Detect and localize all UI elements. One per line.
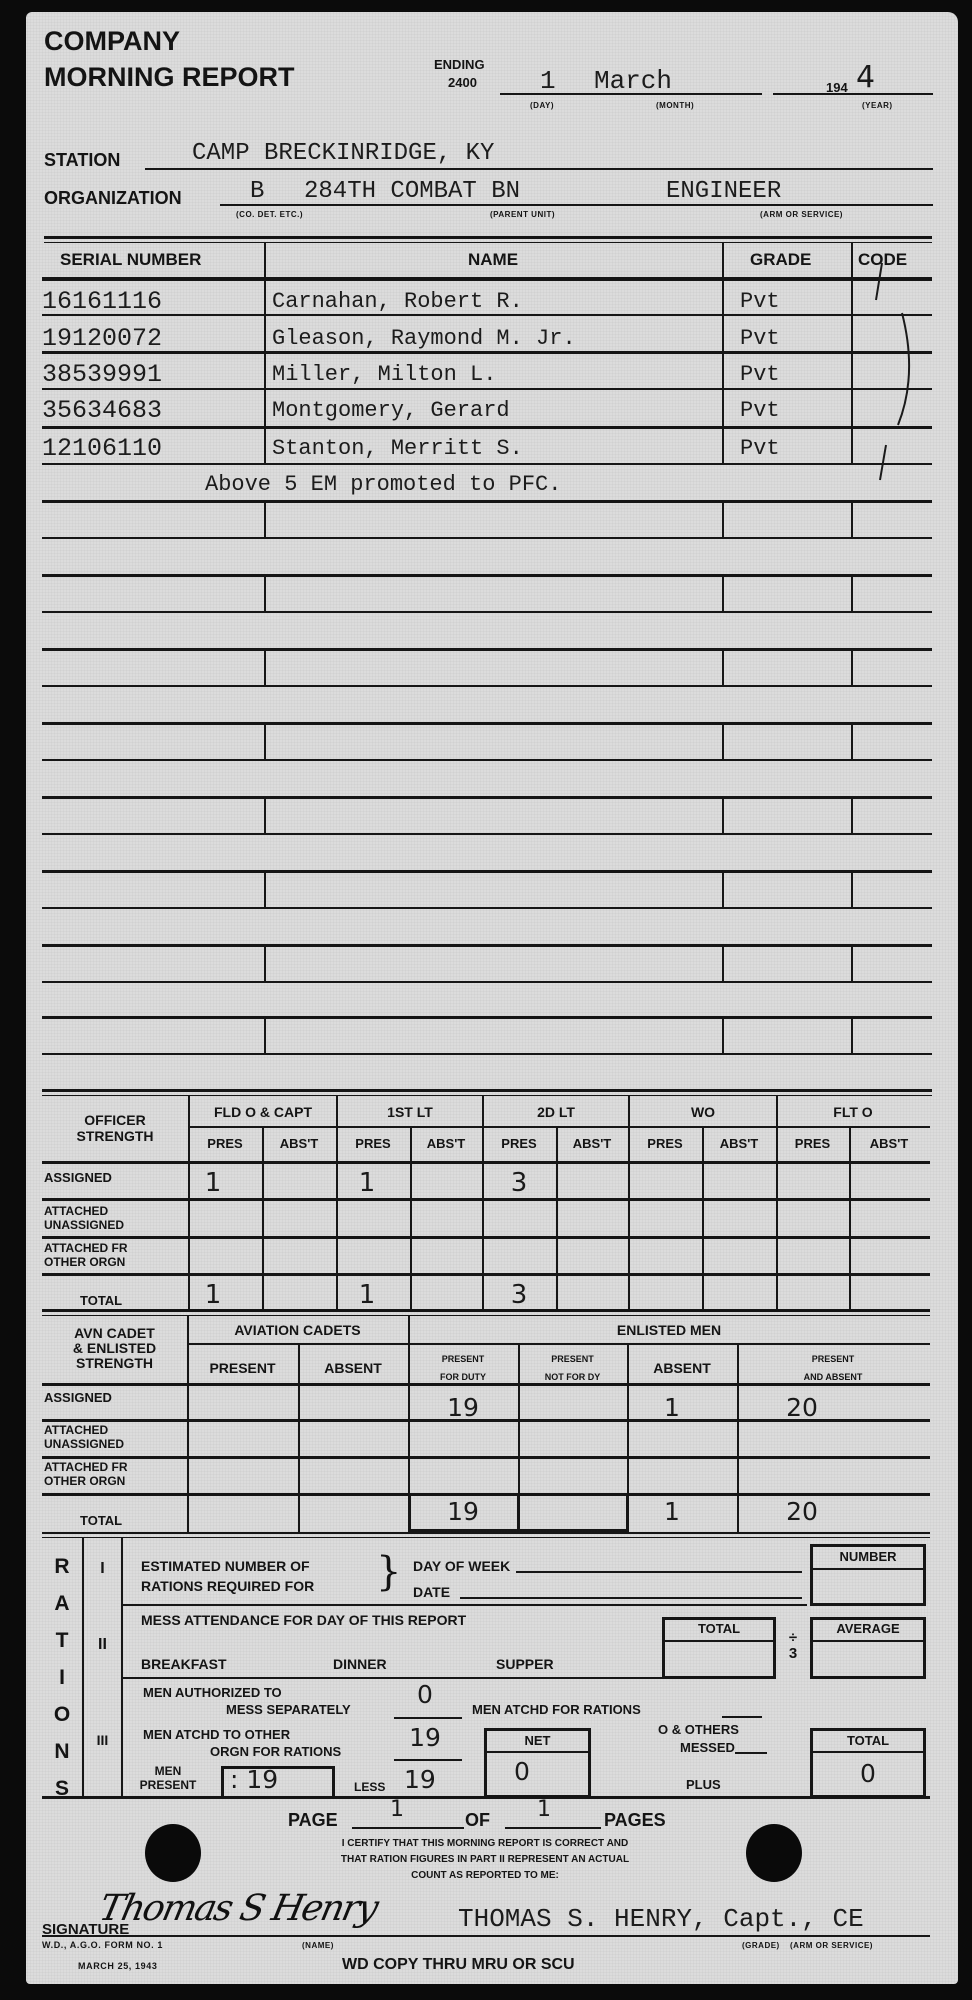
label-line: PRESENT [518,1350,627,1368]
row-rule [42,1198,930,1201]
divider [849,1276,851,1310]
officer-cell[interactable]: 1 [336,1280,398,1310]
sub-pres: PRES [482,1136,556,1151]
divider [264,577,266,612]
letter: R [42,1548,82,1585]
label-line: RATIONS REQUIRED FOR [141,1576,314,1596]
letter: S [42,1770,82,1807]
org-company[interactable]: B [250,178,264,205]
page-value[interactable]: 1 [390,1797,404,1822]
day-caption: (DAY) [530,101,554,110]
grade-cell[interactable]: Pvt [740,398,780,423]
divide-by-three: ÷ 3 [778,1630,808,1662]
divider-grade-code [851,243,853,465]
em-total-present-for-duty[interactable]: 19 [408,1497,518,1526]
grade-cell[interactable]: Pvt [740,436,780,461]
group-wo: WO [630,1104,776,1120]
grade-cell[interactable]: Pvt [740,362,780,387]
col-name: NAME [468,250,518,270]
row-rule [42,759,932,761]
row-rule [42,1089,932,1092]
number-label: NUMBER [810,1549,926,1564]
wd-copy-note: WD COPY THRU MRU OR SCU [342,1956,575,1974]
em-present-for-duty[interactable]: 19 [408,1393,518,1422]
sub-abs: ABS'T [849,1136,929,1151]
row-label-total: TOTAL [80,1513,122,1528]
sub-pres: PRES [776,1136,849,1151]
divider [722,947,724,982]
row-rule [42,611,932,613]
name-caption: (NAME) [302,1941,334,1950]
row-rule [42,648,932,651]
certification-text: I CERTIFY THAT THIS MORNING REPORT IS CO… [250,1836,720,1884]
date-field[interactable] [460,1597,802,1599]
ending-time-label: 2400 [448,76,477,90]
divider [722,799,724,834]
group-flt-o: FLT O [778,1104,928,1120]
certify-line: THAT RATION FIGURES IN PART II REPRESENT… [250,1852,720,1868]
group-aviation-cadets: AVIATION CADETS [187,1322,408,1338]
row-rule [812,1568,924,1570]
title-line: AVN CADET [42,1326,187,1341]
row-rule [42,1532,930,1534]
less-value[interactable]: 19 [404,1765,436,1794]
page-underline [352,1827,464,1829]
pages-underline [505,1827,601,1829]
messed-label: MESSED [680,1740,735,1755]
sub-abs: ABS'T [556,1136,628,1151]
label-line: MEN [120,1764,216,1778]
divider [702,1276,704,1310]
day-of-week-label: DAY OF WEEK [413,1558,510,1574]
part-ii-label: II [84,1636,121,1654]
pages-label: PAGES [604,1810,666,1831]
label-line: ESTIMATED NUMBER OF [141,1556,314,1576]
officer-cell[interactable]: 1 [188,1168,238,1198]
row-rule [812,1751,924,1753]
signature-line [42,1935,930,1937]
row-label-attached-unassigned: ATTACHED UNASSIGNED [44,1204,124,1232]
report-year-digit[interactable]: 4 [856,60,875,95]
org-caption-co: (CO. DET. ETC.) [236,210,303,219]
organization-underline [220,204,933,206]
row-rule [42,1419,930,1422]
row-rule [42,426,932,429]
divider [264,503,266,538]
form-number: W.D., A.G.O. FORM NO. 1 [42,1940,163,1950]
row-label-assigned: ASSIGNED [44,1390,112,1405]
label-line: ATTACHED [44,1423,124,1437]
divider [776,1096,778,1278]
binder-hole-left [145,1824,201,1882]
divider [722,503,724,538]
report-day[interactable]: 1 [540,66,556,96]
group-2d-lt: 2D LT [484,1104,628,1120]
row-rule [42,1315,930,1316]
dinner-label: DINNER [333,1656,387,1672]
binder-hole-right [746,1824,802,1882]
sub-pres: PRES [628,1136,702,1151]
men-authorized-label: MEN AUTHORIZED TO [143,1685,282,1700]
name-cell[interactable]: Montgomery, Gerard [272,398,510,423]
code-marks-icon [860,255,930,485]
org-caption-parent: (PARENT UNIT) [490,210,555,219]
mess-attendance-title: MESS ATTENDANCE FOR DAY OF THIS REPORT [141,1612,466,1628]
row-rule [42,796,932,799]
row-rule [42,1161,930,1164]
grade-cell[interactable]: Pvt [740,289,780,314]
divider [851,947,853,982]
divider [264,1019,266,1054]
label-line: PRESENT [737,1350,929,1368]
roster-header-rule [42,277,932,281]
roster-remark[interactable]: Above 5 EM promoted to PFC. [205,472,561,497]
title-line: & ENLISTED [42,1341,187,1356]
letter: A [42,1585,82,1622]
em-present-and-absent[interactable]: 20 [737,1393,867,1422]
row-rule [486,1751,589,1753]
group-fld-o-capt: FLD O & CAPT [190,1104,336,1120]
part-iii-label: III [84,1732,121,1748]
row-rule [42,537,932,539]
others-messed-field[interactable] [735,1752,767,1754]
brace-icon: } [376,1550,401,1594]
group-enlisted-men: ENLISTED MEN [408,1322,930,1338]
men-atchd-for-rations-label: MEN ATCHD FOR RATIONS [472,1702,641,1717]
org-parent-unit[interactable]: 284TH COMBAT BN [304,178,520,205]
men-atchd-for-rations-field[interactable] [722,1716,762,1718]
name-cell[interactable]: Miller, Milton L. [272,362,496,387]
divider [722,1019,724,1054]
em-total-present-and-absent[interactable]: 20 [737,1497,867,1526]
o-and-others-label: O & OTHERS [658,1722,739,1737]
col-em-absent: ABSENT [627,1360,737,1376]
row-label-attached-fr-other: ATTACHED FR OTHER ORGN [44,1460,128,1488]
row-rule [42,1016,932,1019]
row-rule [664,1640,774,1642]
col-present-for-duty: PRESENT FOR DUTY [408,1350,518,1386]
row-rule [42,1053,932,1055]
year-underline [773,93,933,95]
row-rule [187,1343,930,1345]
average-label: AVERAGE [810,1621,926,1636]
name-cell[interactable]: Stanton, Merritt S. [272,436,523,461]
divider [410,1276,412,1310]
officer-cell[interactable]: 1 [188,1280,238,1310]
col-cadet-absent: ABSENT [298,1360,408,1376]
row-label-total: TOTAL [80,1293,122,1308]
row-rule [42,574,932,577]
officer-cell[interactable]: 1 [336,1168,398,1198]
divider [628,1096,630,1278]
label-line: OTHER ORGN [44,1255,128,1269]
divider [264,725,266,760]
row-rule [121,1604,807,1606]
of-label: OF [465,1810,490,1831]
serial-cell[interactable]: 38539991 [42,360,162,389]
supper-label: SUPPER [496,1656,554,1672]
serial-cell[interactable]: 19120072 [42,324,162,353]
row-rule [42,981,932,983]
sub-pres: PRES [188,1136,262,1151]
ending-label: ENDING [434,58,485,72]
mess-total-label: TOTAL [662,1621,776,1636]
sub-abs: ABS'T [262,1136,336,1151]
row-rule [42,314,932,316]
men-atchd-other-label: MEN ATCHD TO OTHER [143,1727,290,1742]
sub-abs: ABS'T [702,1136,776,1151]
men-present-number: 19 [246,1765,278,1794]
row-label-attached-unassigned: ATTACHED UNASSIGNED [44,1423,124,1451]
plus-label: PLUS [686,1777,721,1792]
col-present-not-for-duty: PRESENT NOT FOR DY [518,1350,627,1386]
station-label: STATION [44,150,120,171]
title-line: STRENGTH [42,1356,187,1371]
men-present-value[interactable]: : 19 [230,1765,278,1794]
form-title-line1: COMPANY [44,26,180,57]
less-label: LESS [354,1780,385,1794]
row-label-assigned: ASSIGNED [44,1170,112,1185]
station-value[interactable]: CAMP BRECKINRIDGE, KY [192,140,494,167]
rations-total-value[interactable]: 0 [810,1759,926,1788]
row-rule [42,1236,930,1239]
divider-serial-name [264,243,266,465]
divider [851,577,853,612]
form-title-line2: MORNING REPORT [44,62,295,93]
row-rule [42,870,932,873]
row-rule [42,685,932,687]
divider [851,651,853,686]
label-line: PRESENT [120,1778,216,1792]
row-rule [121,1677,662,1679]
group-1st-lt: 1ST LT [338,1104,482,1120]
divider [264,799,266,834]
grade-cell[interactable]: Pvt [740,326,780,351]
arm-caption: (ARM OR SERVICE) [790,1941,873,1950]
label-line: UNASSIGNED [44,1218,124,1232]
divider [264,947,266,982]
report-month[interactable]: March [594,66,672,96]
station-underline [145,168,933,170]
row-rule [42,1095,932,1096]
part-i-description: ESTIMATED NUMBER OF RATIONS REQUIRED FOR [141,1556,314,1596]
pages-value[interactable]: 1 [537,1797,551,1822]
month-caption: (MONTH) [656,101,694,110]
row-rule [42,1383,930,1386]
letter: I [42,1659,82,1696]
divider [722,577,724,612]
row-rule [42,1309,930,1312]
officer-title-line1: OFFICER [42,1112,188,1128]
row-rule [42,944,932,947]
org-caption-arm: (ARM OR SERVICE) [760,210,843,219]
orgn-for-rations-label: ORGN FOR RATIONS [210,1744,341,1759]
men-authorized-value[interactable]: 0 [395,1680,455,1709]
row-rule [42,722,932,725]
row-rule [42,1273,930,1276]
officer-title-line2: STRENGTH [42,1128,188,1144]
row-rule [42,907,932,909]
divider [851,873,853,908]
divider [187,1316,189,1532]
enlisted-strength-title: AVN CADET & ENLISTED STRENGTH [42,1326,187,1371]
typed-name[interactable]: THOMAS S. HENRY, Capt., CE [458,1904,864,1934]
label-line: PRESENT [408,1350,518,1368]
row-rule [42,833,932,835]
page-label: PAGE [288,1810,338,1831]
divider [851,503,853,538]
label-line: UNASSIGNED [44,1437,124,1451]
letter: T [42,1622,82,1659]
serial-cell[interactable]: 16161116 [42,287,162,316]
rations-bottom-rule [42,1796,930,1799]
divider [851,799,853,834]
sub-pres: PRES [336,1136,410,1151]
divide-icon: ÷ [778,1630,808,1646]
divider [722,725,724,760]
row-rule [42,1456,930,1459]
divider [851,1019,853,1054]
col-serial-number: SERIAL NUMBER [60,250,201,270]
roster-top-rule-thin [44,242,932,243]
roster-top-rule [44,236,932,239]
divisor: 3 [778,1646,808,1662]
serial-cell[interactable]: 35634683 [42,396,162,425]
col-grade: GRADE [750,250,811,270]
name-cell[interactable]: Gleason, Raymond M. Jr. [272,326,576,351]
mess-separately-label: MESS SEPARATELY [226,1702,351,1717]
divider [264,873,266,908]
signature-handwritten[interactable]: Thomas S Henry [96,1888,381,1929]
divider [121,1538,123,1796]
certify-line: I CERTIFY THAT THIS MORNING REPORT IS CO… [250,1836,720,1852]
divider [722,873,724,908]
net-value[interactable]: 0 [514,1757,530,1786]
label-line: ATTACHED [44,1204,124,1218]
day-of-week-field[interactable] [516,1571,802,1573]
sub-abs: ABS'T [410,1136,482,1151]
officer-cell[interactable]: 3 [482,1168,556,1198]
part-i-label: I [84,1560,121,1578]
rations-total-label: TOTAL [810,1733,926,1748]
row-rule [42,463,932,465]
grade-caption: (GRADE) [742,1941,780,1950]
net-label: NET [484,1733,591,1748]
breakfast-label: BREAKFAST [141,1656,227,1672]
serial-cell[interactable]: 12106110 [42,434,162,463]
field-underline [394,1717,462,1719]
field-underline [394,1759,462,1761]
men-present-colon: : [230,1765,246,1794]
divider [556,1276,558,1310]
date-underline [500,93,762,95]
divider [264,651,266,686]
divider [851,725,853,760]
label-line: ATTACHED FR [44,1241,128,1255]
year-caption: (YEAR) [862,101,893,110]
date-label: DATE [413,1584,450,1600]
divider [776,1276,778,1310]
label-line: ATTACHED FR [44,1460,128,1474]
row-rule [812,1640,924,1642]
rations-side-label: R A T I O N S [42,1548,82,1807]
row-label-attached-fr-other: ATTACHED FR OTHER ORGN [44,1241,128,1269]
letter: O [42,1696,82,1733]
em-total-absent[interactable]: 1 [627,1497,717,1526]
row-rule [42,351,932,354]
row-rule [42,1537,930,1538]
certify-line: COUNT AS REPORTED TO ME: [250,1868,720,1884]
row-rule [42,500,932,503]
men-present-label: MEN PRESENT [120,1764,216,1792]
divider-name-grade [722,243,724,465]
letter: N [42,1733,82,1770]
em-absent[interactable]: 1 [627,1393,717,1422]
organization-label: ORGANIZATION [44,188,182,209]
officer-cell[interactable]: 3 [482,1280,556,1310]
label-line: OTHER ORGN [44,1474,128,1488]
col-present-and-absent: PRESENT AND ABSENT [737,1350,929,1386]
divider [262,1276,264,1310]
org-arm-service[interactable]: ENGINEER [666,178,781,205]
officer-strength-title: OFFICER STRENGTH [42,1112,188,1144]
col-cadet-present: PRESENT [187,1360,298,1376]
divider [628,1276,630,1310]
men-atchd-other-value[interactable]: 19 [395,1723,455,1752]
form-date: MARCH 25, 1943 [78,1961,157,1971]
name-cell[interactable]: Carnahan, Robert R. [272,289,523,314]
row-rule [188,1126,930,1128]
divider [722,651,724,686]
row-rule [42,388,932,390]
